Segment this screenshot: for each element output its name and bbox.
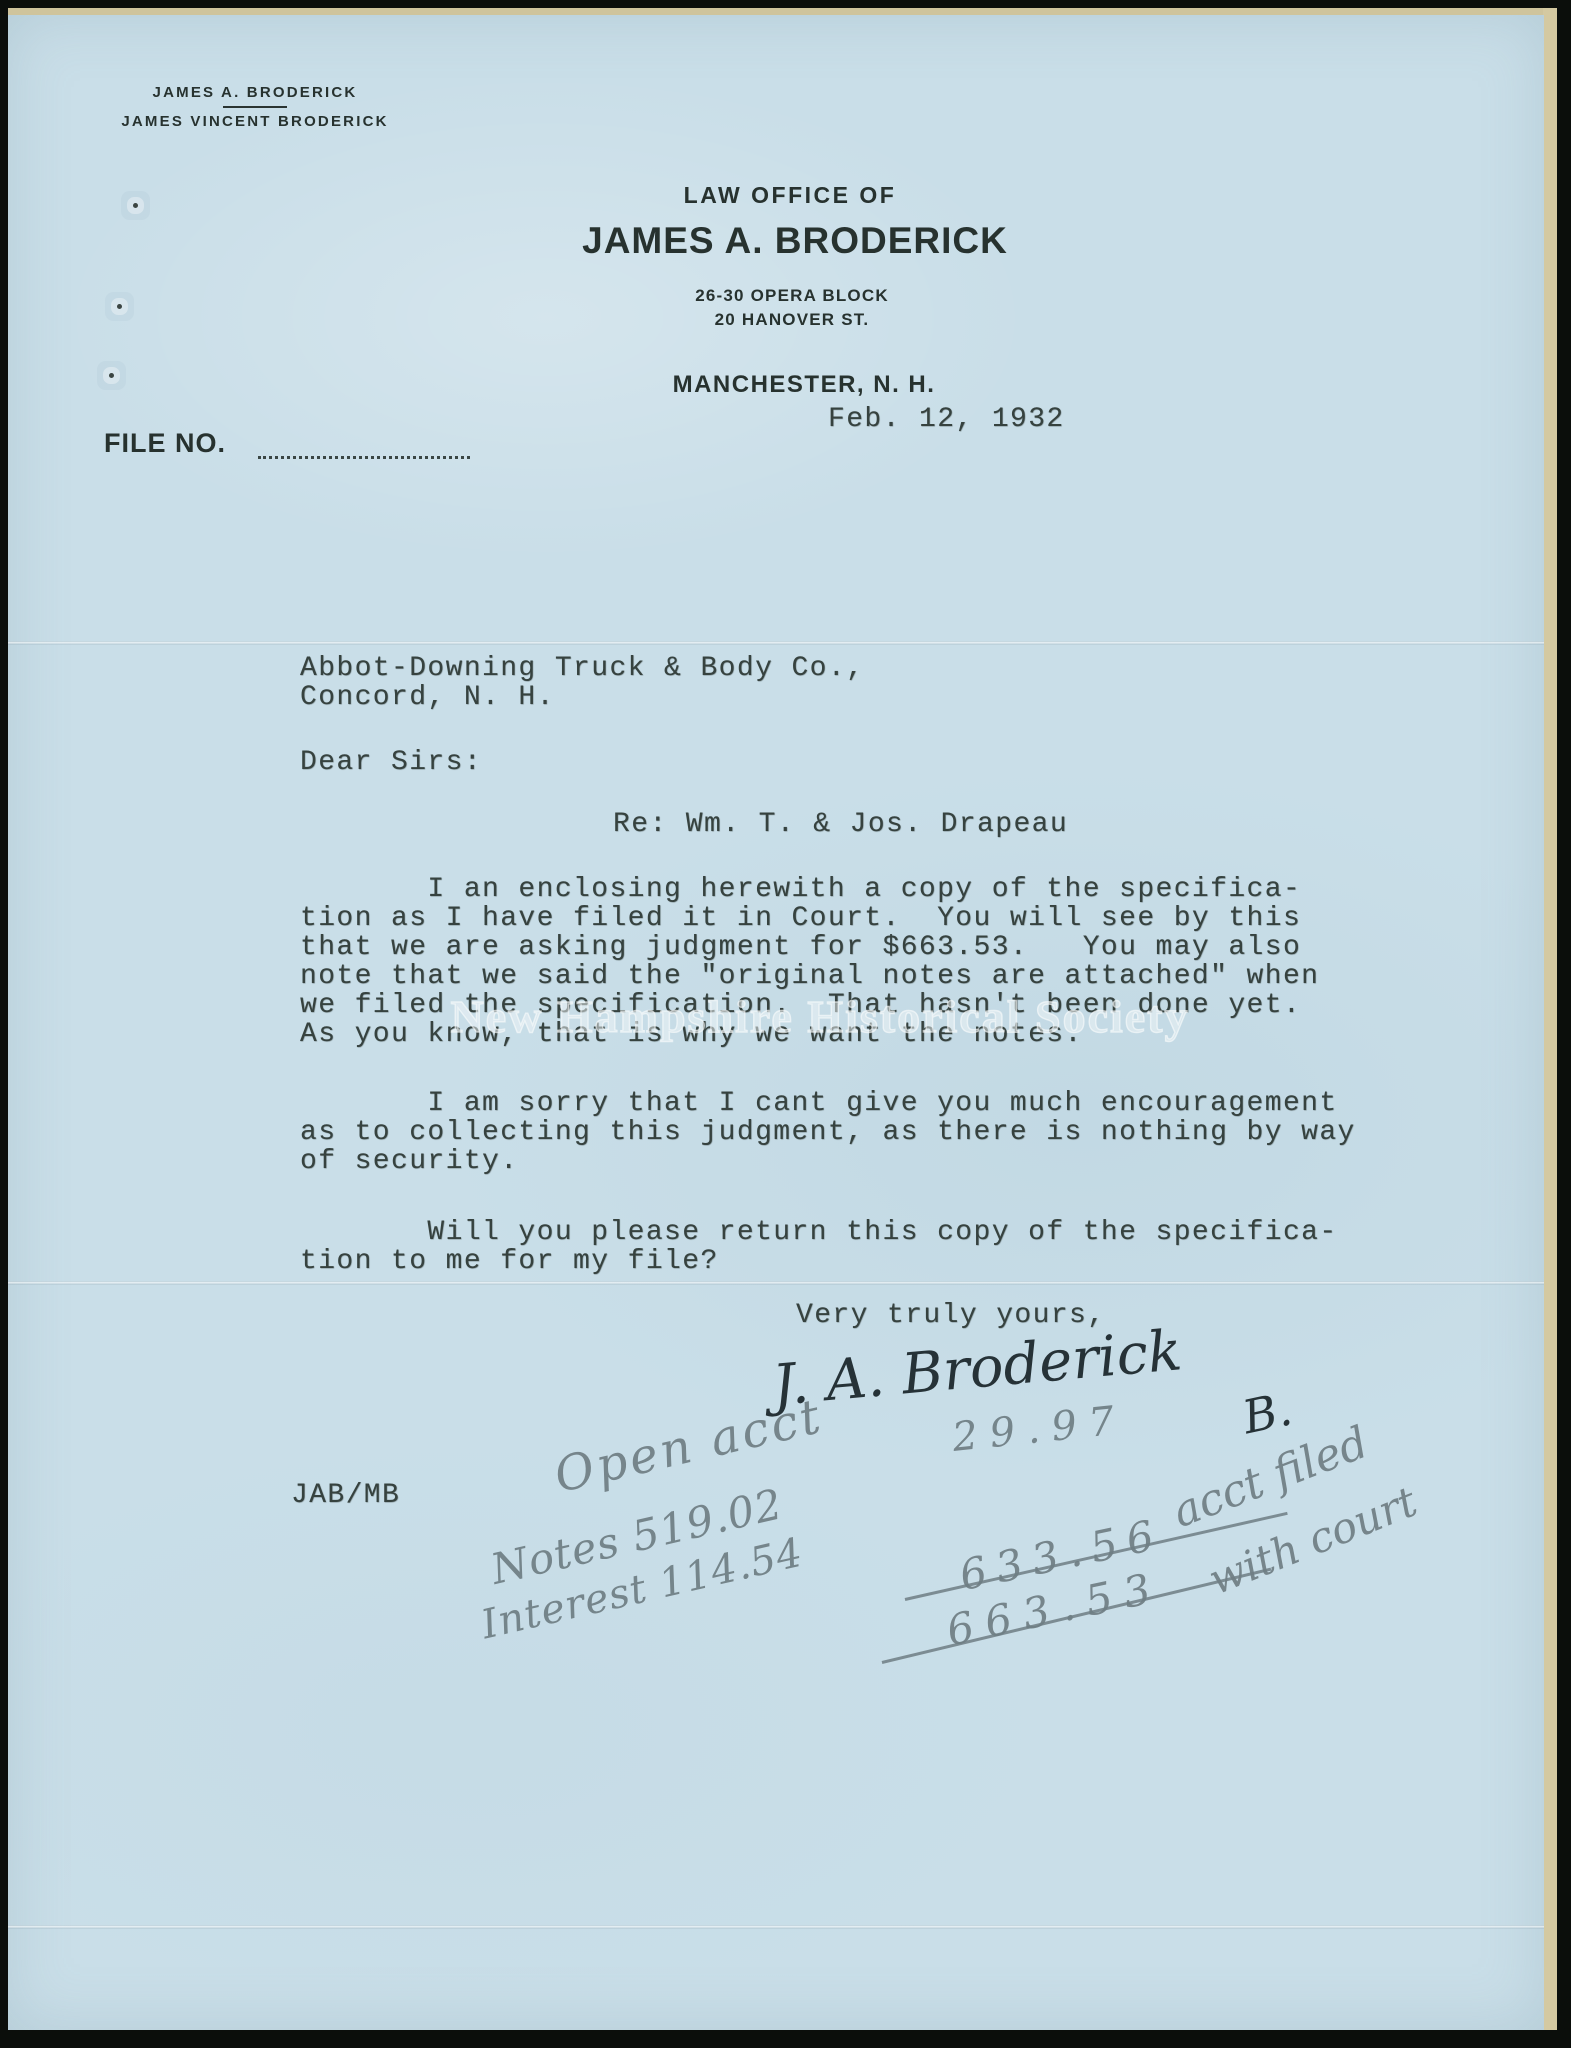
subject-line: Re: Wm. T. & Jos. Drapeau: [613, 810, 1068, 839]
pin-mark: [133, 203, 138, 208]
letterhead-divider: [223, 106, 287, 108]
office-name: JAMES A. BRODERICK: [582, 220, 1008, 262]
file-no-label: FILE NO.: [104, 428, 226, 459]
fold-crease-middle: [8, 1281, 1544, 1285]
office-title: LAW OFFICE OF: [684, 182, 897, 209]
salutation: Dear Sirs:: [300, 748, 482, 777]
attorney-name-2: JAMES VINCENT BRODERICK: [121, 113, 388, 130]
paper-edge-right: [1543, 8, 1557, 2030]
fold-crease-top: [8, 641, 1544, 645]
scanned-letter-page: JAMES A. BRODERICK JAMES VINCENT BRODERI…: [0, 0, 1571, 2048]
pin-mark: [109, 373, 114, 378]
recipient-address: Abbot-Downing Truck & Body Co., Concord,…: [300, 654, 864, 712]
fold-crease-bottom: [8, 1925, 1544, 1929]
body-paragraph-3: Will you please return this copy of the …: [300, 1218, 1338, 1276]
letter-date: Feb. 12, 1932: [828, 405, 1065, 434]
pin-mark: [117, 304, 122, 309]
office-address-2: 20 HANOVER ST.: [715, 310, 870, 330]
archive-watermark: New Hampshire Historical Society: [290, 990, 1350, 1043]
body-paragraph-2: I am sorry that I cant give you much enc…: [300, 1089, 1356, 1176]
attorney-name-1: JAMES A. BRODERICK: [153, 84, 358, 101]
file-no-blank-line: [258, 430, 470, 459]
office-city: MANCHESTER, N. H.: [673, 371, 936, 399]
typist-initials: JAB/MB: [291, 1481, 400, 1510]
closing-line: Very truly yours,: [796, 1301, 1105, 1330]
office-address-1: 26-30 OPERA BLOCK: [695, 286, 889, 306]
